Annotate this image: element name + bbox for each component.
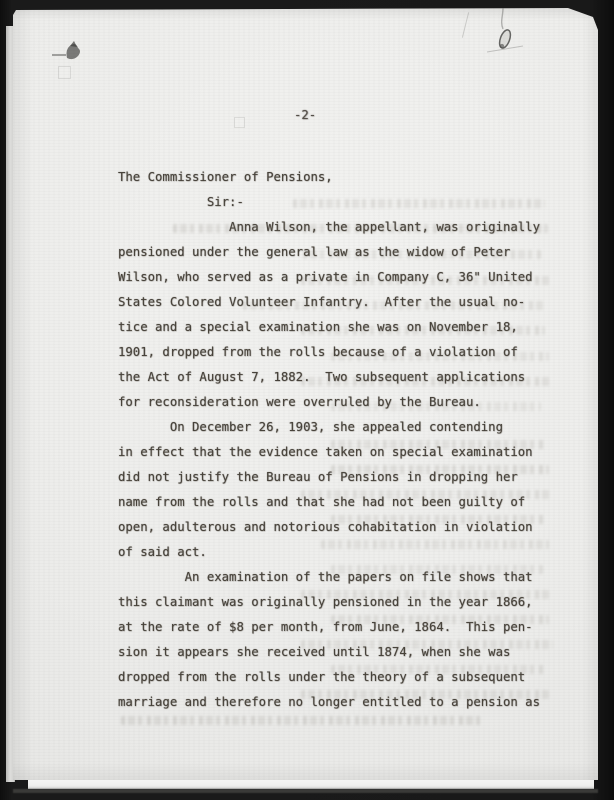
letter-body: The Commissioner of Pensions, Sir:- Anna… <box>118 165 568 715</box>
typed-line: of said act. <box>118 540 568 565</box>
page-number: -2- <box>294 106 316 124</box>
pencil-mark <box>49 36 89 70</box>
typed-line: the Act of August 7, 1882. Two subsequen… <box>118 365 568 390</box>
under-sheet-bottom-edge <box>28 779 594 789</box>
document-page: -2- The Commissioner of Pensions, Sir:- … <box>13 8 598 780</box>
typed-line: Anna Wilson, the appellant, was original… <box>118 215 568 240</box>
typed-line: marriage and therefore no longer entitle… <box>118 690 568 715</box>
typed-line: Wilson, who served as a private in Compa… <box>118 265 568 290</box>
typed-line: sion it appears she received until 1874,… <box>118 640 568 665</box>
typed-line: States Colored Volunteer Infantry. After… <box>118 290 568 315</box>
bleed-through-line <box>121 716 483 725</box>
typed-line: On December 26, 1903, she appealed conte… <box>118 415 568 440</box>
typed-line: 1901, dropped from the rolls because of … <box>118 340 568 365</box>
typed-line: name from the rolls and that she had not… <box>118 490 568 515</box>
typed-line: this claimant was originally pensioned i… <box>118 590 568 615</box>
stamp-outline-artifact <box>234 117 245 128</box>
typed-line: tice and a special examination she was o… <box>118 315 568 340</box>
typed-line: at the rate of $8 per month, from June, … <box>118 615 568 640</box>
typed-line: did not justify the Bureau of Pensions i… <box>118 465 568 490</box>
stamp-outline-artifact <box>58 66 71 79</box>
pin-mark <box>475 8 535 68</box>
scanner-background: -2- The Commissioner of Pensions, Sir:- … <box>0 0 614 800</box>
addressee-line: The Commissioner of Pensions, <box>118 165 568 190</box>
typed-line: pensioned under the general law as the w… <box>118 240 568 265</box>
typed-line: An examination of the papers on file sho… <box>118 565 568 590</box>
typed-line: open, adulterous and notorious cohabitat… <box>118 515 568 540</box>
paper-crease <box>462 12 469 37</box>
page-stack-shadow <box>13 789 598 793</box>
typed-line: in effect that the evidence taken on spe… <box>118 440 568 465</box>
typed-line: for reconsideration were overruled by th… <box>118 390 568 415</box>
salutation-line: Sir:- <box>118 190 568 215</box>
typed-line: dropped from the rolls under the theory … <box>118 665 568 690</box>
